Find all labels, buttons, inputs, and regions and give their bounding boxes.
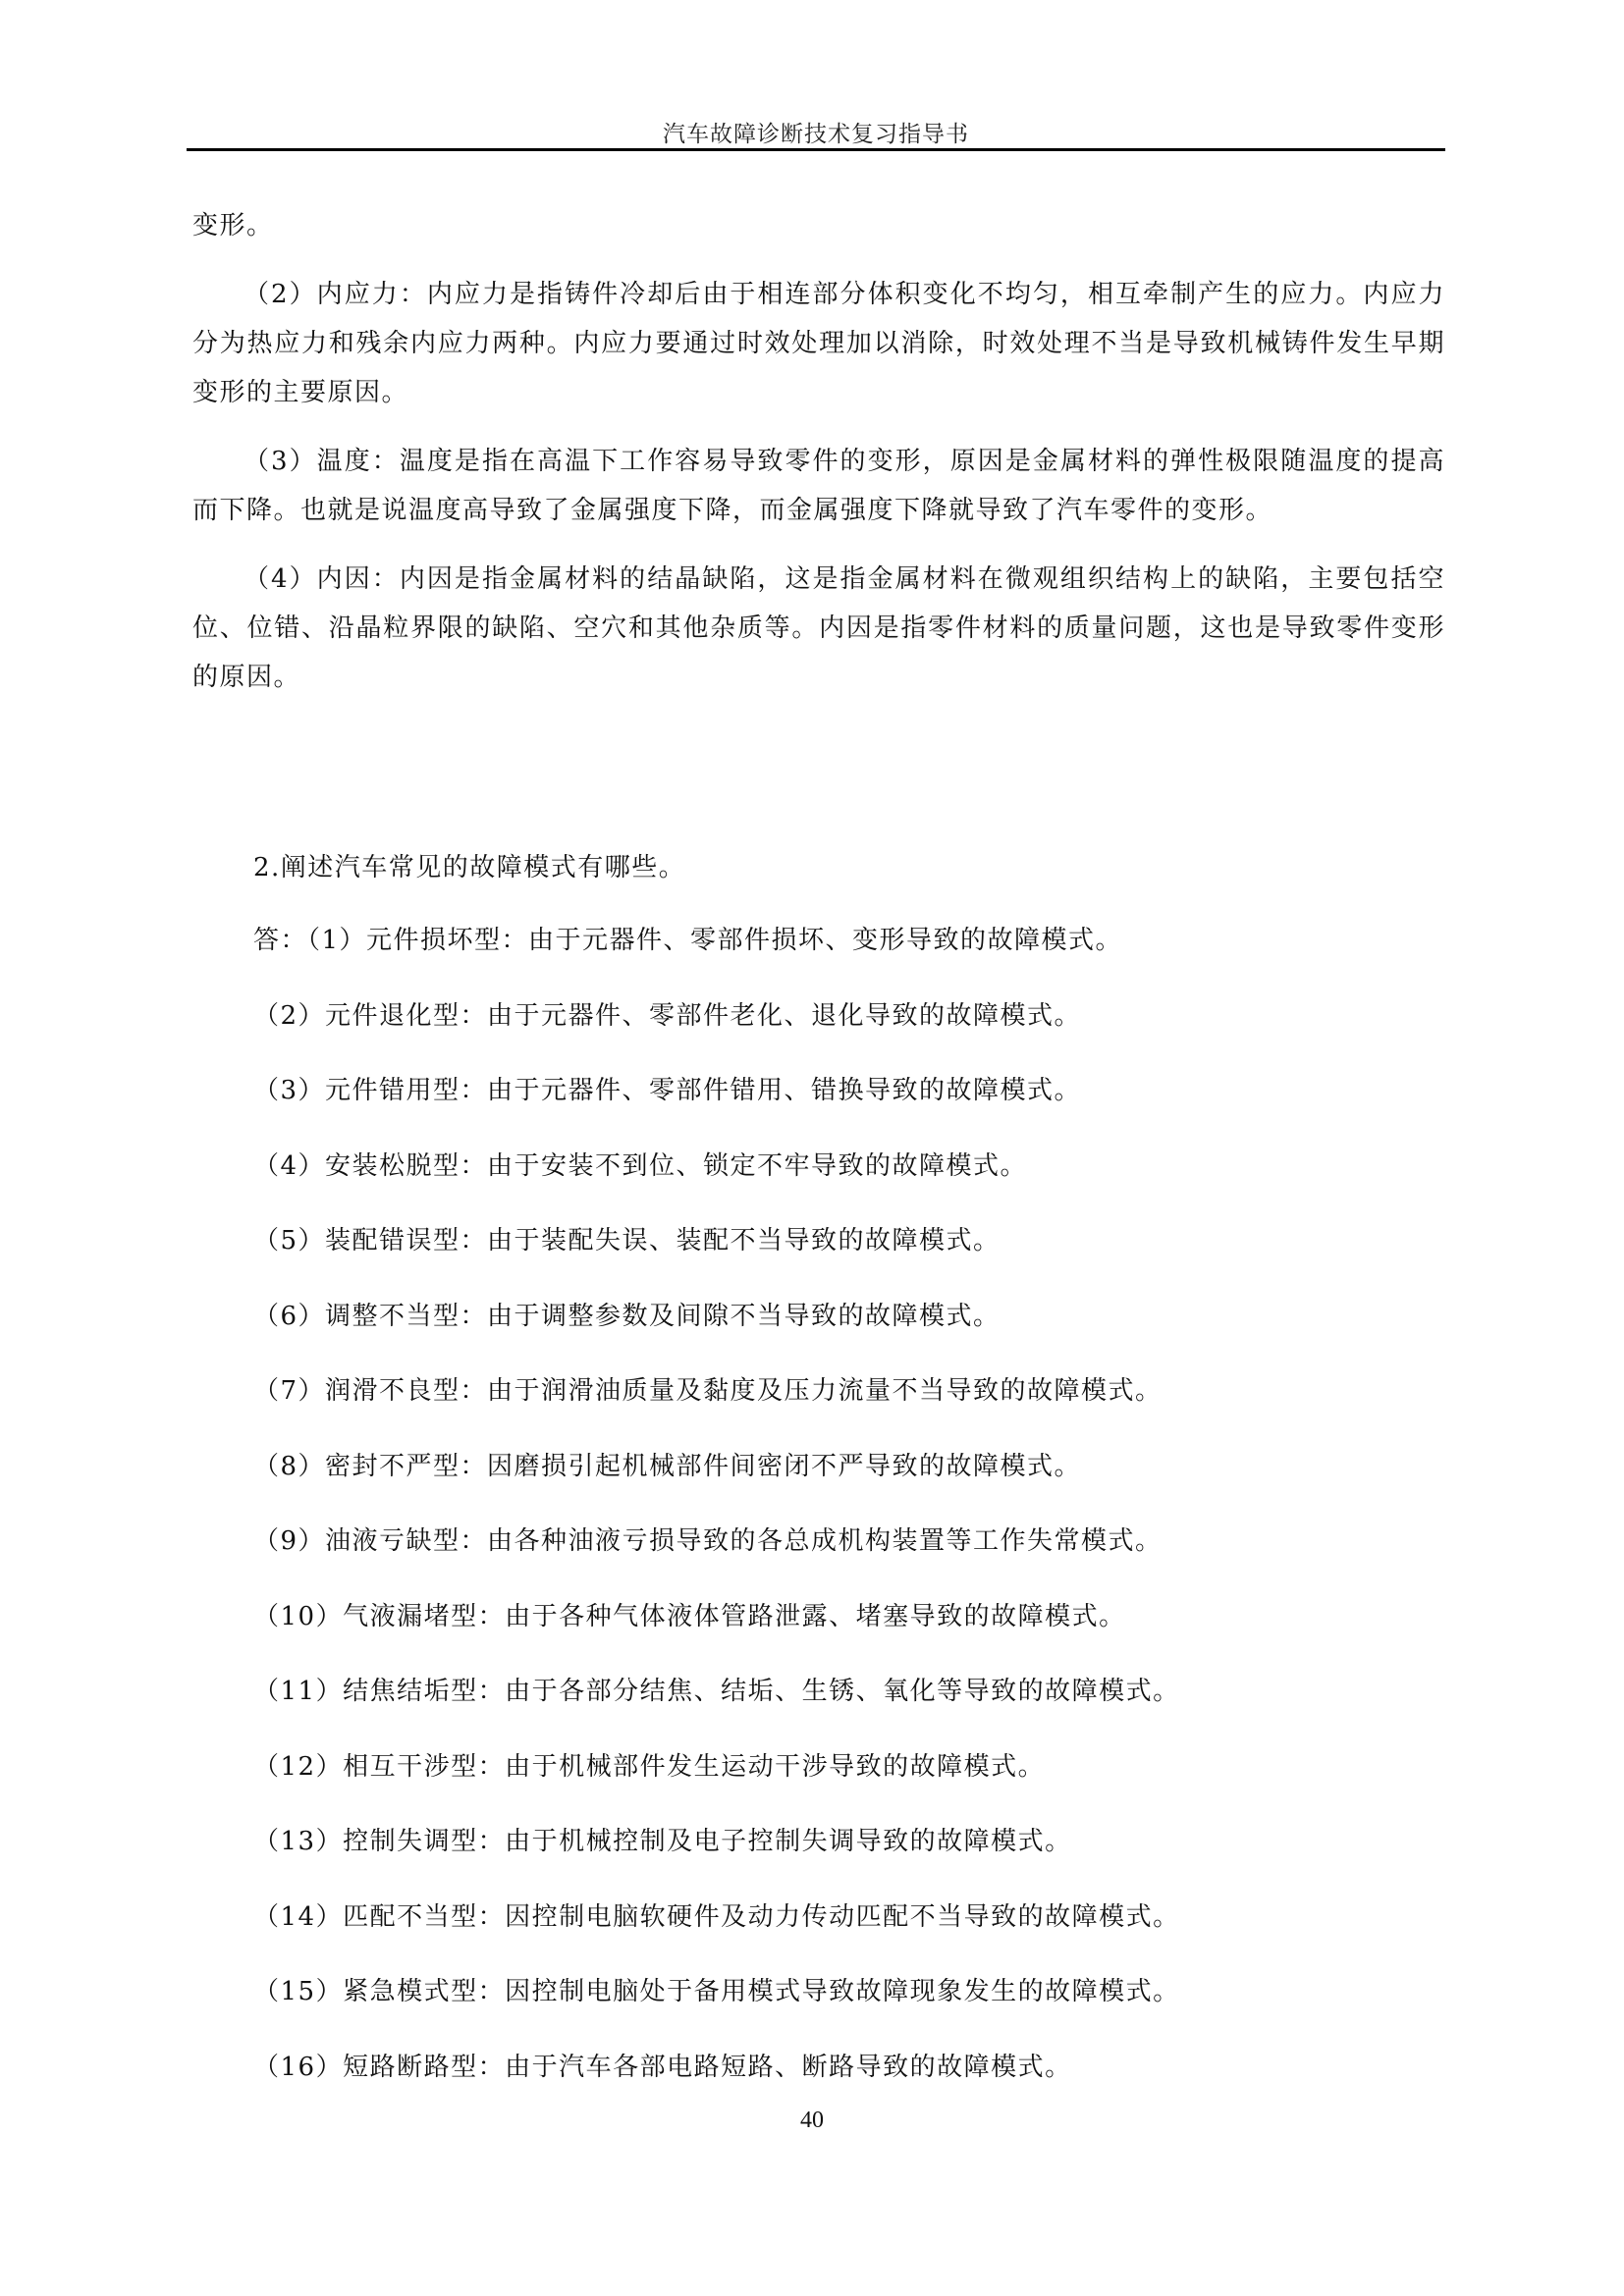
question-heading: 2.阐述汽车常见的故障模式有哪些。	[253, 848, 685, 887]
continued-fragment: 变形。	[192, 201, 1445, 250]
answer-item: （13）控制失调型：由于机械控制及电子控制失调导致的故障模式。	[253, 1822, 1451, 1897]
paragraph-internal-stress: （2）内应力：内应力是指铸件冷却后由于相连部分体积变化不均匀，相互牵制产生的应力…	[192, 270, 1445, 417]
running-header: 汽车故障诊断技术复习指导书	[187, 116, 1445, 148]
answer-item: （15）紧急模式型：因控制电脑处于备用模式导致故障现象发生的故障模式。	[253, 1972, 1451, 2048]
answer-item: （7）润滑不良型：由于润滑油质量及黏度及压力流量不当导致的故障模式。	[253, 1371, 1451, 1447]
paragraph-temperature: （3）温度：温度是指在高温下工作容易导致零件的变形，原因是金属材料的弹性极限随温…	[192, 437, 1445, 535]
answer-item: （12）相互干涉型：由于机械部件发生运动干涉导致的故障模式。	[253, 1747, 1451, 1823]
continued-section: 变形。 （2）内应力：内应力是指铸件冷却后由于相连部分体积变化不均匀，相互牵制产…	[192, 201, 1445, 702]
answer-item: （5）装配错误型：由于装配失误、装配不当导致的故障模式。	[253, 1221, 1451, 1297]
answer-item: （14）匹配不当型：因控制电脑软硬件及动力传动匹配不当导致的故障模式。	[253, 1897, 1451, 1973]
answer-item: （8）密封不严型：因磨损引起机械部件间密闭不严导致的故障模式。	[253, 1447, 1451, 1522]
paragraph-internal-cause: （4）内因：内因是指金属材料的结晶缺陷，这是指金属材料在微观组织结构上的缺陷，主…	[192, 555, 1445, 702]
answer-list: 答：（1）元件损坏型：由于元器件、零部件损坏、变形导致的故障模式。 （2）元件退…	[253, 921, 1451, 2122]
answer-item: （10）气液漏堵型：由于各种气体液体管路泄露、堵塞导致的故障模式。	[253, 1597, 1451, 1673]
answer-item: （2）元件退化型：由于元器件、零部件老化、退化导致的故障模式。	[253, 996, 1451, 1072]
header-rule	[187, 148, 1445, 151]
answer-item: （6）调整不当型：由于调整参数及间隙不当导致的故障模式。	[253, 1297, 1451, 1372]
answer-item: （3）元件错用型：由于元器件、零部件错用、错换导致的故障模式。	[253, 1071, 1451, 1147]
page-number: 40	[0, 2108, 1624, 2134]
answer-item: （9）油液亏缺型：由各种油液亏损导致的各总成机构装置等工作失常模式。	[253, 1522, 1451, 1597]
answer-item: （11）结焦结垢型：由于各部分结焦、结垢、生锈、氧化等导致的故障模式。	[253, 1672, 1451, 1747]
answer-item: （4）安装松脱型：由于安装不到位、锁定不牢导致的故障模式。	[253, 1147, 1451, 1222]
answer-item: 答：（1）元件损坏型：由于元器件、零部件损坏、变形导致的故障模式。	[253, 921, 1451, 996]
